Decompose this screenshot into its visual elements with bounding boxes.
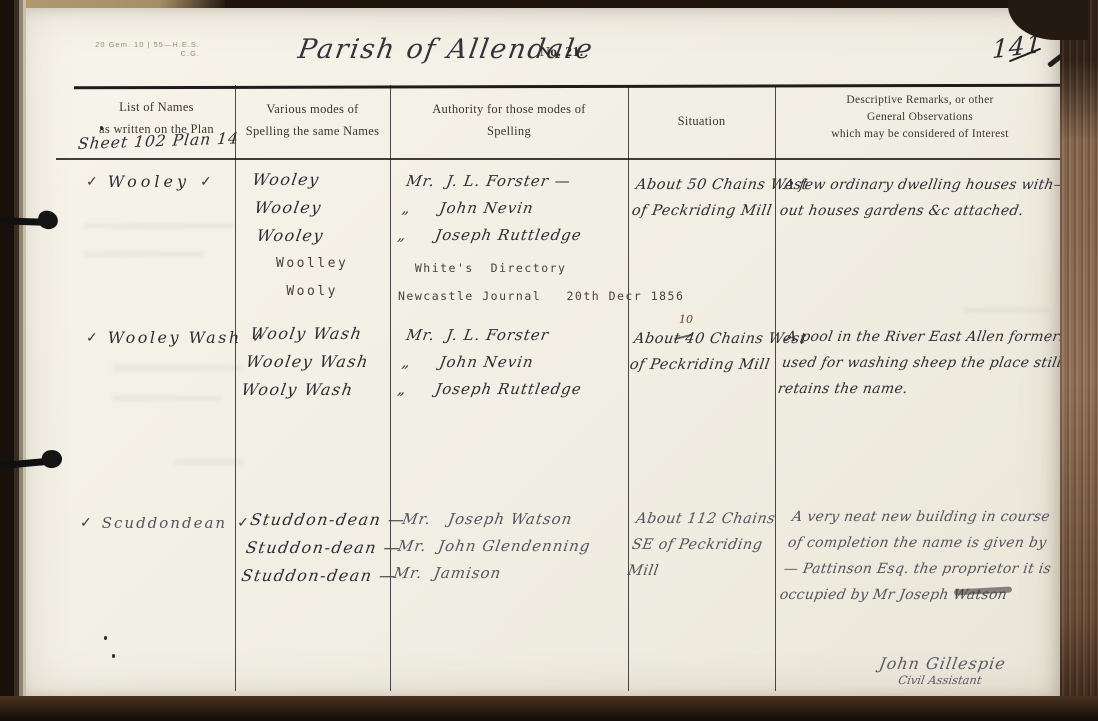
row3-authorities: Mr. Joseph WatsonMr. John GlendenningMr.… <box>392 506 635 587</box>
bleed-through-artifact <box>964 308 1049 312</box>
ink-speck <box>104 636 107 640</box>
row1-spellings-print: Woolley Wooly <box>276 250 396 306</box>
printed-stamp: 20 Gem. 10 | 55—H.E.S.C.G. <box>80 40 200 58</box>
row1-authorities-script: Mr. J. L. Forster —„ John Nevin„ Joseph … <box>396 168 634 249</box>
row2-situation: About 40 Chains Westof Peckriding Mill <box>628 326 781 378</box>
header-situation: Situation <box>628 110 775 132</box>
bleed-through-artifact <box>112 396 222 400</box>
row2-spellings: Wooly WashWooley WashWooly Wash <box>239 320 397 404</box>
column-divider <box>235 85 236 691</box>
row2-authorities: Mr. J. L. Forster„ John Nevin„ Joseph Ru… <box>396 322 634 403</box>
bleed-through-artifact <box>174 460 244 464</box>
sheet-number-label: No. 21. <box>540 44 584 60</box>
row3-spellings: Studdon-dean —Studdon-dean —Studdon-dean… <box>239 506 402 590</box>
ink-speck <box>100 126 103 130</box>
place-name: Wooley <box>108 172 190 191</box>
ink-speck <box>112 654 115 658</box>
checkmark-icon: ✓ <box>86 330 98 346</box>
row1-situation: About 50 Chains Westof Peckriding Mill <box>630 172 783 224</box>
row-name-wooley: ✓ Wooley ✓ <box>86 172 212 191</box>
surveyor-signature: John GillespieCivil Assistant <box>851 654 1031 687</box>
place-name: Scuddondean <box>102 514 227 532</box>
header-authority: Authority for those modes ofSpelling <box>390 98 628 142</box>
row1-remarks: A few ordinary dwelling houses with—out … <box>778 172 1071 224</box>
bleed-through-artifact <box>112 366 242 370</box>
row3-remarks: A very neat new building in courseof com… <box>778 504 1079 608</box>
header-descriptive-remarks: Descriptive Remarks, or otherGeneral Obs… <box>775 92 1065 143</box>
checkmark-icon: ✓ <box>80 515 92 531</box>
header-bottom-rule <box>56 158 1064 160</box>
scanned-register-page: 20 Gem. 10 | 55—H.E.S.C.G. Parish of All… <box>0 0 1098 721</box>
row-name-wooley-wash: ✓ Wooley Wash ✓ <box>86 328 263 347</box>
bleed-through-artifact <box>84 224 234 228</box>
register-page: 20 Gem. 10 | 55—H.E.S.C.G. Parish of All… <box>24 8 1062 698</box>
scan-edge-left <box>0 0 26 721</box>
checkmark-icon: ✓ <box>86 174 98 190</box>
scan-edge-bottom <box>0 696 1098 721</box>
row-name-scuddondean: ✓ Scuddondean ✓ <box>80 514 249 532</box>
checkmark-icon: ✓ <box>237 515 249 531</box>
table-top-rule <box>74 84 1067 90</box>
row3-situation: About 112 ChainsSE of PeckridingMill <box>626 506 783 584</box>
bleed-through-artifact <box>84 252 204 256</box>
row1-spellings-script: Wooley Wooley Wooley <box>241 166 394 250</box>
situation-correction: 10 <box>679 313 693 326</box>
checkmark-icon: ✓ <box>200 174 212 190</box>
row1-authorities-print: White's DirectoryNewcastle Journal 20th … <box>398 254 628 310</box>
header-modes-of-spelling: Various modes ofSpelling the same Names <box>235 98 390 142</box>
place-name: Wooley Wash <box>108 328 242 347</box>
book-page-edge <box>1060 0 1098 721</box>
row2-remarks: A pool in the River East Allen formerlyu… <box>776 324 1073 402</box>
